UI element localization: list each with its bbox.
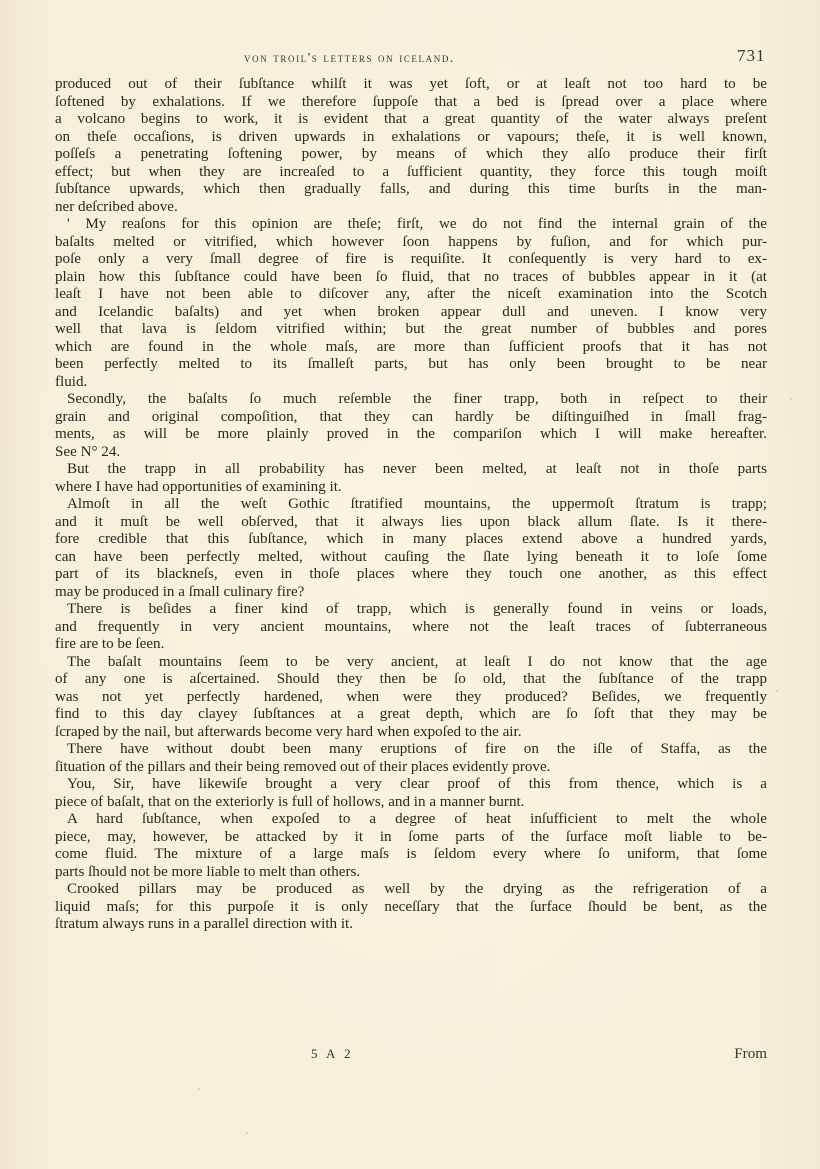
text-line: fore credible that this ſubſtance, which… — [55, 531, 767, 549]
text-line: A hard ſubſtance, when expoſed to a degr… — [55, 811, 767, 829]
text-line: produced out of their ſubſtance whilſt i… — [55, 76, 767, 94]
paper-speck — [790, 398, 792, 400]
text-line: liquid maſs; for this purpoſe it is only… — [55, 899, 767, 917]
text-line: See N° 24. — [55, 444, 767, 462]
text-line: There have without doubt been many erupt… — [55, 741, 767, 759]
text-line: piece of baſalt, that on the exteriorly … — [55, 794, 767, 812]
text-line: plain how this ſubſtance could have been… — [55, 269, 767, 287]
text-line: of any one is aſcertained. Should they t… — [55, 671, 767, 689]
text-line: ſcraped by the nail, but afterwards beco… — [55, 724, 767, 742]
text-line: ſubſtance upwards, which then gradually … — [55, 181, 767, 199]
text-line: You, Sir, have likewiſe brought a very c… — [55, 776, 767, 794]
text-line: come fluid. The mixture of a large maſs … — [55, 846, 767, 864]
text-line: grain and original compoſition, that the… — [55, 409, 767, 427]
text-line: ſituation of the pillars and their being… — [55, 759, 767, 777]
text-line: ' My reaſons for this opinion are theſe;… — [55, 216, 767, 234]
text-line: fluid. — [55, 374, 767, 392]
text-line: Secondly, the baſalts ſo much reſemble t… — [55, 391, 767, 409]
catchword: From — [734, 1046, 767, 1063]
text-line: part of its blackneſs, even in thoſe pla… — [55, 566, 767, 584]
text-line: fire are to be ſeen. — [55, 636, 767, 654]
paper-speck — [246, 1132, 248, 1134]
body-text: produced out of their ſubſtance whilſt i… — [55, 76, 767, 934]
page-number: 731 — [737, 46, 766, 66]
text-line: There is beſides a finer kind of trapp, … — [55, 601, 767, 619]
running-head: VON TROIL'S LETTERS ON ICELAND. — [244, 50, 455, 66]
text-line: which are found in the whole maſs, are m… — [55, 339, 767, 357]
text-line: piece, may, however, be attacked by it i… — [55, 829, 767, 847]
text-line: and it muſt be well obſerved, that it al… — [55, 514, 767, 532]
text-line: and frequently in very ancient mountains… — [55, 619, 767, 637]
text-line: may be produced in a ſmall culinary fire… — [55, 584, 767, 602]
text-line: parts ſhould not be more liable to melt … — [55, 864, 767, 882]
text-line: baſalts melted or vitrified, which howev… — [55, 234, 767, 252]
paper-speck — [198, 1088, 200, 1090]
book-page: VON TROIL'S LETTERS ON ICELAND. 731 prod… — [0, 0, 820, 1169]
page-footer: 5 A 2 From — [55, 1046, 767, 1066]
text-line: ſoftened by exhalations. If we therefore… — [55, 94, 767, 112]
text-line: effect; but when they are increaſed to a… — [55, 164, 767, 182]
text-line: can have been perfectly melted, without … — [55, 549, 767, 567]
paper-speck — [776, 690, 778, 692]
text-line: well that lava is ſeldom vitrified withi… — [55, 321, 767, 339]
text-line: where I have had opportunities of examin… — [55, 479, 767, 497]
text-line: on theſe occaſions, is driven upwards in… — [55, 129, 767, 147]
text-line: ments, as will be more plainly proved in… — [55, 426, 767, 444]
text-line: The baſalt mountains ſeem to be very anc… — [55, 654, 767, 672]
text-line: ner deſcribed above. — [55, 199, 767, 217]
text-line: and Icelandic baſalts) and yet when brok… — [55, 304, 767, 322]
signature-mark: 5 A 2 — [311, 1046, 353, 1062]
text-line: been perfectly melted to its ſmalleſt pa… — [55, 356, 767, 374]
text-line: a volcano begins to work, it is evident … — [55, 111, 767, 129]
text-line: Crooked pillars may be produced as well … — [55, 881, 767, 899]
text-line: ſtratum always runs in a parallel direct… — [55, 916, 767, 934]
text-line: But the trapp in all probability has nev… — [55, 461, 767, 479]
text-line: leaſt I have not been able to diſcover a… — [55, 286, 767, 304]
text-line: Almoſt in all the weſt Gothic ſtratified… — [55, 496, 767, 514]
text-line: poſſeſs a penetrating ſoftening power, b… — [55, 146, 767, 164]
text-line: find to this day clayey ſubſtances at a … — [55, 706, 767, 724]
text-line: poſe only a very ſmall degree of fire is… — [55, 251, 767, 269]
text-line: was not yet perfectly hardened, when wer… — [55, 689, 767, 707]
